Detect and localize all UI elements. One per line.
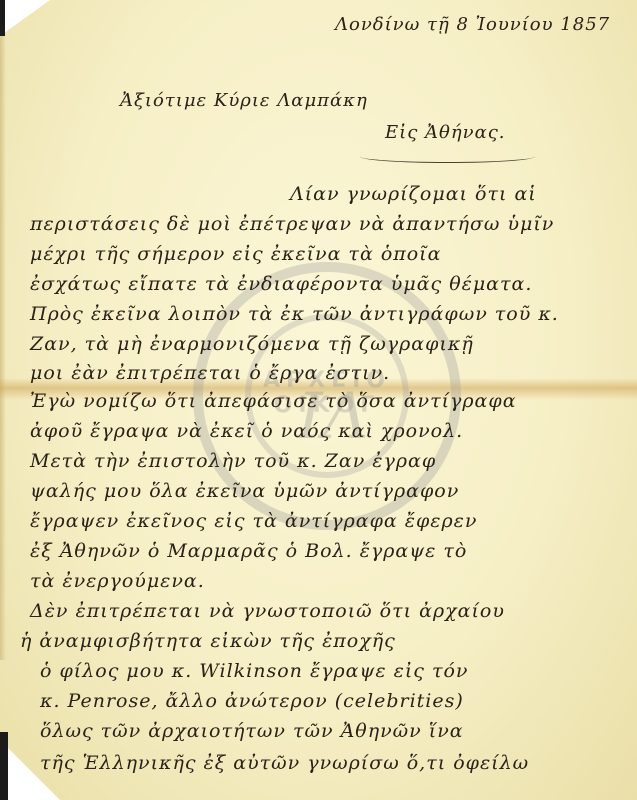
body-line: κ. Penrose, ἄλλο ἀνώτερον (celebrities) [40,690,464,712]
body-line: ὅλως τῶν ἀρχαιοτήτων τῶν Ἀθηνῶν ἵνα [40,720,464,742]
dateline: Λονδίνω τῇ 8 Ἰουνίου 1857 [335,14,610,35]
body-line: τὰ ἐνεργούμενα. [30,570,205,592]
salutation: Ἀξιότιμε Κύριε Λαμπάκη [120,90,368,111]
body-line: μέχρι τῆς σήμερον εἰς ἐκεῖνα τὰ ὁποῖα [30,243,441,265]
scan-border-top [0,0,5,36]
underline-flourish [360,150,535,163]
body-line: Μετὰ τὴν ἐπιστολὴν τοῦ κ. Ζαν ἐγραφ [30,450,436,472]
body-line: Πρὸς ἐκεῖνα λοιπὸν τὰ ἐκ τῶν ἀντιγράφων … [30,303,559,325]
torn-corner-top [0,0,50,36]
body-line: ἡ ἀναμφισβήτητα εἰκὼν τῆς ἐποχῆς [20,630,396,652]
body-line: ἀφοῦ ἔγραψα νὰ ἐκεῖ ὁ ναός καὶ χρονολ. [30,420,463,442]
body-line: τῆς Ἑλληνικῆς ἐξ αὐτῶν γνωρίσω ὅ,τι ὀφεί… [40,752,529,774]
body-line: ὁ φίλος μου κ. Wilkinson ἔγραψε εἰς τόν [40,660,468,682]
scan-border-bottom [0,732,8,800]
body-line: ἐξ Ἀθηνῶν ὁ Μαρμαρᾶς ὁ Βολ. ἔγραψε τὸ [30,540,467,562]
body-line: ἔγραψεν ἐκεῖνος εἰς τὰ ἀντίγραφα ἔφερεν [30,510,477,532]
body-line: Δὲν ἐπιτρέπεται νὰ γνωστοποιῶ ὅτι ἀρχαίο… [30,600,505,622]
recipient-location: Εἰς Ἀθήνας. [385,122,506,143]
letter-page: ΑΡΧΕΙΟ ΟΙΚΟΓ ΙΛ Λονδίνω τῇ 8 Ἰουνίου 185… [0,0,637,800]
body-line: Λίαν γνωρίζομαι ὅτι αἱ [290,183,537,205]
body-line: Ἐγὼ νομίζω ὅτι ἀπεφάσισε τὸ ὅσα ἀντίγραφ… [30,390,517,412]
body-line: Ζαν, τὰ μὴ ἐναρμονιζόμενα τῇ ζωγραφικῇ [30,333,474,355]
body-line: μοι ἐὰν ἐπιτρέπεται ὁ ἔργα ἐστιν. [30,362,390,384]
body-line: περιστάσεις δὲ μοὶ ἐπέτρεψαν νὰ ἀπαντήσω… [30,213,554,235]
body-line: ψαλής μου ὅλα ἐκεῖνα ὑμῶν ἀντίγραφον [30,480,459,502]
paper-edge-shadow [0,30,6,660]
body-line: ἐσχάτως εἴπατε τὰ ἐνδιαφέροντα ὑμᾶς θέμα… [30,273,532,295]
